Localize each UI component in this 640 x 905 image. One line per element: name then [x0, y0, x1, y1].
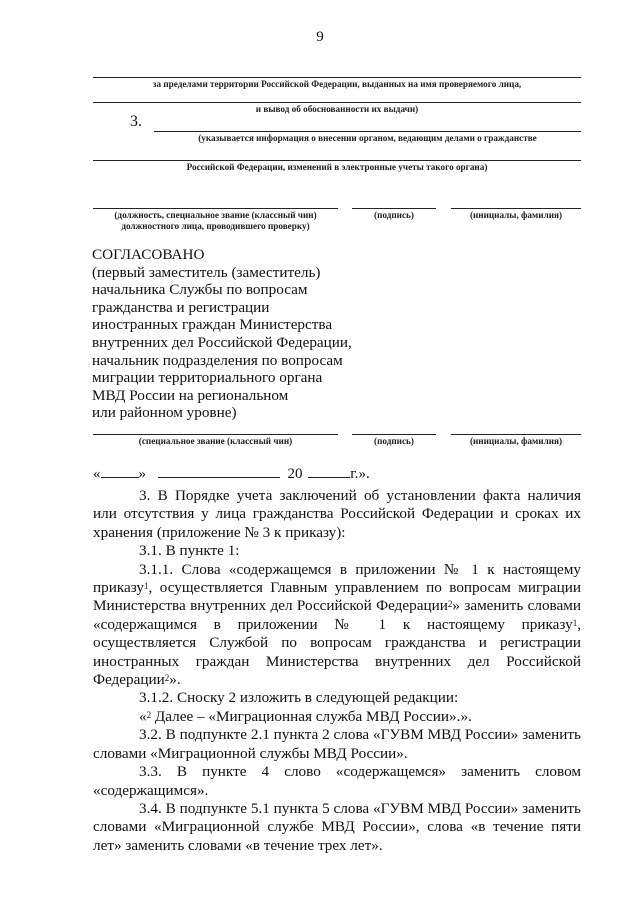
- agreed-line: начальника Службы по вопросам: [92, 281, 392, 299]
- agreed-block: СОГЛАСОВАНО (первый заместитель (замести…: [92, 246, 392, 422]
- form-caption-3: (указывается информация о внесении орган…: [154, 133, 581, 144]
- footnote-ref: 2: [448, 599, 453, 609]
- day-blank: [101, 464, 139, 478]
- paragraph-3-1-2: 3.1.2. Сноску 2 изложить в следующей ред…: [93, 689, 581, 707]
- name-caption: (инициалы, фамилия): [451, 210, 581, 221]
- form-caption-1: за пределами территории Российской Федер…: [93, 79, 581, 90]
- rank-rule: [93, 434, 338, 435]
- paragraph-3-4: 3.4. В подпункте 5.1 пункта 5 слова «ГУВ…: [93, 800, 581, 855]
- signature-rule: [352, 434, 436, 435]
- name-caption: (инициалы, фамилия): [451, 436, 581, 447]
- form-rule-4: [93, 160, 581, 161]
- agreed-line: иностранных граждан Министерства: [92, 316, 392, 334]
- page-number: 9: [0, 29, 640, 46]
- position-caption: (должность, специальное звание (классный…: [93, 210, 338, 232]
- name-rule: [451, 208, 581, 209]
- agreed-heading: СОГЛАСОВАНО: [92, 246, 392, 264]
- signature-caption: (подпись): [352, 436, 436, 447]
- footnote-ref: 2: [147, 710, 152, 720]
- paragraph-3-2: 3.2. В подпункте 2.1 пункта 2 слова «ГУВ…: [93, 726, 581, 763]
- p5-quote: «: [139, 708, 147, 725]
- footnote-ref: 1: [573, 618, 578, 628]
- signature-caption: (подпись): [352, 210, 436, 221]
- agreed-line: начальник подразделения по вопросам: [92, 352, 392, 370]
- paragraph-3-1: 3.1. В пункте 1:: [93, 542, 581, 560]
- form-caption-4: Российской Федерации, изменений в электр…: [93, 162, 581, 173]
- footnote-ref: 2: [165, 673, 170, 683]
- month-blank: [158, 464, 280, 478]
- year-blank: [308, 464, 350, 478]
- form-rule-2: [93, 102, 581, 103]
- position-caption-line-2: должностного лица, проводившего проверку…: [93, 221, 338, 232]
- year-prefix: 20: [288, 466, 303, 482]
- name-rule: [451, 434, 581, 435]
- paragraph-3-3: 3.3. В пункте 4 слово «содержащемся» зам…: [93, 763, 581, 800]
- agreed-line: МВД России на региональном: [92, 387, 392, 405]
- p5-text: Далее – «Миграционная служба МВД России»…: [151, 708, 472, 725]
- form-caption-2: и вывод об обоснованности их выдачи): [93, 104, 581, 115]
- item-number: 3.: [130, 113, 142, 131]
- p3-text-e: ».: [169, 671, 180, 688]
- body-text: 3. В Порядке учета заключений об установ…: [93, 487, 581, 855]
- form-rule-1: [93, 77, 581, 78]
- agreed-line: или районном уровне): [92, 404, 392, 422]
- signature-rule: [352, 208, 436, 209]
- footnote-ref: 1: [144, 581, 149, 591]
- paragraph-3-1-1: 3.1.1. Слова «содержащемся в приложении …: [93, 561, 581, 690]
- agreed-line: гражданства и регистрации: [92, 299, 392, 317]
- date-line: «» 20 г.».: [93, 464, 370, 483]
- agreed-line: внутренних дел Российской Федерации,: [92, 334, 392, 352]
- date-close-quote: »: [139, 466, 147, 482]
- year-suffix: г.».: [350, 466, 369, 482]
- paragraph-3: 3. В Порядке учета заключений об установ…: [93, 487, 581, 542]
- position-rule: [93, 208, 338, 209]
- form-rule-3: [154, 131, 581, 132]
- agreed-line: (первый заместитель (заместитель): [92, 264, 392, 282]
- date-open-quote: «: [93, 466, 101, 482]
- position-caption-line-1: (должность, специальное звание (классный…: [93, 210, 338, 221]
- rank-caption: (специальное звание (классный чин): [93, 436, 338, 447]
- agreed-line: миграции территориального органа: [92, 369, 392, 387]
- footnote-text: «2 Далее – «Миграционная служба МВД Росс…: [93, 708, 581, 726]
